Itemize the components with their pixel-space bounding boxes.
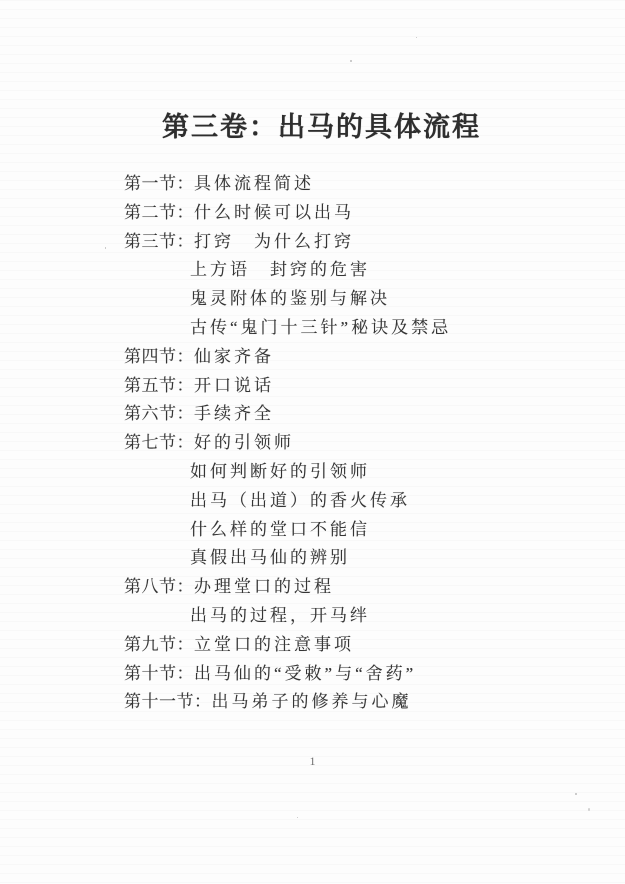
toc-entry: 第五节： 开口说话 <box>124 372 605 401</box>
toc-entry: 出马的过程，开马绊 <box>124 602 605 631</box>
toc-entry: 真假出马仙的辨别 <box>124 544 605 573</box>
toc-entry-text: 如何判断好的引领师 <box>190 458 370 487</box>
toc-entry: 鬼灵附体的鉴别与解决 <box>124 285 605 314</box>
scanned-document-page: 第三卷：出马的具体流程 第一节： 具体流程简述 第二节： 什么时候可以出马 第三… <box>0 0 625 884</box>
toc-entry-text: 古传“鬼门十三针”秘诀及禁忌 <box>190 314 451 343</box>
toc-entry-text: 好的引领师 <box>194 429 294 458</box>
toc-entry-text: 出马的过程，开马绊 <box>190 602 370 631</box>
toc-entry: 如何判断好的引领师 <box>124 458 605 487</box>
toc-entry: 第一节： 具体流程简述 <box>124 170 605 199</box>
toc-entry: 第八节： 办理堂口的过程 <box>124 573 605 602</box>
toc-section-label: 第十节： <box>124 660 194 689</box>
toc-entry: 第三节： 打窍 为什么打窍 <box>124 228 605 257</box>
toc-entry-text: 出马弟子的修养与心魔 <box>212 688 412 717</box>
scan-artifact-speck <box>588 808 590 811</box>
toc-entry-text: 仙家齐备 <box>194 343 274 372</box>
toc-entry: 什么样的堂口不能信 <box>124 516 605 545</box>
scan-artifact-speck <box>105 247 106 249</box>
toc-entry-text: 具体流程简述 <box>194 170 314 199</box>
toc-entry: 出马（出道）的香火传承 <box>124 487 605 516</box>
toc-entry-text: 上方语 封窍的危害 <box>190 256 370 285</box>
toc-entry-text: 开口说话 <box>194 372 274 401</box>
page-title: 第三卷：出马的具体流程 <box>9 105 625 144</box>
toc-entry-text: 真假出马仙的辨别 <box>190 544 350 573</box>
toc-section-label: 第九节： <box>124 631 194 660</box>
toc-entry-text: 立堂口的注意事项 <box>194 631 354 660</box>
toc-entry: 第十节： 出马仙的“受敕”与“舍药” <box>124 660 605 689</box>
toc-entry-text: 办理堂口的过程 <box>194 573 334 602</box>
toc-entry: 第六节： 手续齐全 <box>124 400 605 429</box>
toc-section-label: 第五节： <box>124 372 194 401</box>
toc-entry-text: 鬼灵附体的鉴别与解决 <box>190 285 390 314</box>
toc-list: 第一节： 具体流程简述 第二节： 什么时候可以出马 第三节： 打窍 为什么打窍 … <box>124 170 605 717</box>
scan-artifact-speck <box>416 37 417 38</box>
toc-entry-text: 出马仙的“受敕”与“舍药” <box>194 660 416 689</box>
toc-entry-text: 打窍 为什么打窍 <box>194 228 354 257</box>
toc-entry: 第七节： 好的引领师 <box>124 429 605 458</box>
toc-entry: 第二节： 什么时候可以出马 <box>124 199 605 228</box>
toc-entry: 第四节： 仙家齐备 <box>124 343 605 372</box>
toc-entry-text: 出马（出道）的香火传承 <box>190 487 410 516</box>
scan-artifact-speck <box>575 793 577 795</box>
toc-section-label: 第六节： <box>124 400 194 429</box>
toc-section-label: 第七节： <box>124 429 194 458</box>
scan-artifact-speck <box>297 817 298 818</box>
toc-section-label: 第二节： <box>124 199 194 228</box>
toc-entry-text: 什么样的堂口不能信 <box>190 516 370 545</box>
toc-section-label: 第三节： <box>124 228 194 257</box>
toc-entry: 第十一节： 出马弟子的修养与心魔 <box>124 688 605 717</box>
toc-section-label: 第十一节： <box>124 688 212 717</box>
toc-section-label: 第一节： <box>124 170 194 199</box>
scan-artifact-speck <box>350 60 352 62</box>
page-number: 1 <box>0 754 625 769</box>
toc-section-label: 第八节： <box>124 573 194 602</box>
toc-section-label: 第四节： <box>124 343 194 372</box>
toc-entry: 上方语 封窍的危害 <box>124 256 605 285</box>
toc-entry-text: 什么时候可以出马 <box>194 199 354 228</box>
toc-entry: 古传“鬼门十三针”秘诀及禁忌 <box>124 314 605 343</box>
toc-entry: 第九节： 立堂口的注意事项 <box>124 631 605 660</box>
toc-entry-text: 手续齐全 <box>194 400 274 429</box>
